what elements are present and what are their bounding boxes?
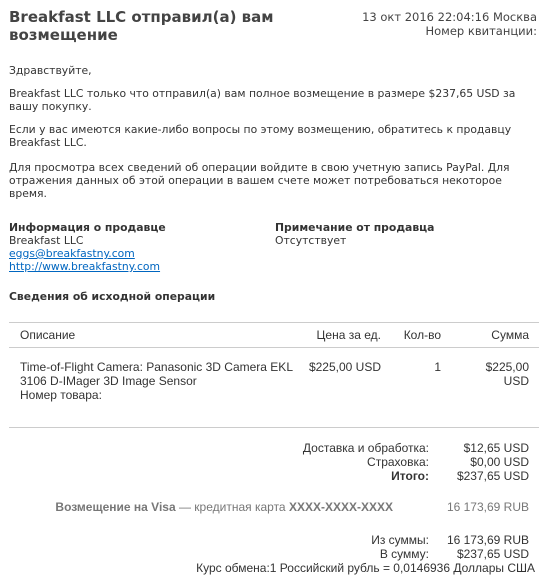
conversion-to-label: В сумму: — [380, 547, 429, 561]
shipping-row: Доставка и обработка: $12,65 USD — [303, 441, 529, 455]
conversion-to-row: В сумму: $237,65 USD — [371, 547, 529, 561]
conversion-to-value: $237,65 USD — [429, 547, 529, 561]
item-quantity: 1 — [434, 360, 441, 374]
item-unit-price: $225,00 USD — [309, 360, 381, 374]
total-value: $237,65 USD — [429, 469, 529, 483]
total-row: Итого: $237,65 USD — [303, 469, 529, 483]
conversion-from-label: Из суммы: — [371, 533, 429, 547]
seller-info: Информация о продавце Breakfast LLC eggs… — [9, 221, 166, 273]
shipping-label: Доставка и обработка: — [303, 441, 429, 455]
conversion-from-value: 16 173,69 RUB — [429, 533, 529, 547]
transaction-datetime: 13 окт 2016 22:04:16 Москва — [362, 10, 537, 24]
email-title: Breakfast LLC отправил(а) вам возмещение — [9, 8, 309, 44]
refund-label-prefix: Возмещение на Visa — [55, 500, 175, 514]
item-number-label: Номер товара: — [20, 388, 300, 402]
greeting: Здравствуйте, — [9, 64, 539, 77]
exchange-rate: Курс обмена:1 Российский рубль = 0,01469… — [196, 561, 535, 575]
table-header-divider — [9, 347, 539, 348]
column-header-unit-price: Цена за ед. — [317, 328, 381, 342]
total-label: Итого: — [391, 469, 429, 483]
refund-row: Возмещение на Visa — кредитная карта XXX… — [40, 500, 529, 514]
insurance-value: $0,00 USD — [429, 455, 529, 469]
seller-info-heading: Информация о продавце — [9, 221, 166, 234]
table-top-divider — [9, 322, 539, 323]
totals-block: Доставка и обработка: $12,65 USD Страхов… — [303, 441, 529, 483]
seller-note: Примечание от продавца Отсутствует — [275, 221, 434, 247]
conversion-block: Из суммы: 16 173,69 RUB В сумму: $237,65… — [371, 533, 529, 561]
shipping-value: $12,65 USD — [429, 441, 529, 455]
insurance-label: Страховка: — [367, 455, 429, 469]
seller-name: Breakfast LLC — [9, 234, 166, 247]
seller-website-link[interactable]: http://www.breakfastny.com — [9, 260, 166, 273]
insurance-row: Страховка: $0,00 USD — [303, 455, 529, 469]
seller-note-value: Отсутствует — [275, 234, 434, 247]
item-description-cell: Time-of-Flight Camera: Panasonic 3D Came… — [20, 360, 300, 402]
receipt-number-label: Номер квитанции: — [362, 24, 537, 38]
seller-note-heading: Примечание от продавца — [275, 221, 434, 234]
conversion-from-row: Из суммы: 16 173,69 RUB — [371, 533, 529, 547]
column-header-amount: Сумма — [491, 328, 529, 342]
item-amount: $225,00 USD — [479, 360, 529, 388]
table-bottom-divider — [9, 427, 539, 428]
item-description: Time-of-Flight Camera: Panasonic 3D Came… — [20, 360, 300, 388]
column-header-description: Описание — [20, 328, 75, 342]
refund-label-middle: — кредитная карта — [176, 500, 289, 514]
refund-value: 16 173,69 RUB — [393, 500, 529, 514]
header-meta: 13 окт 2016 22:04:16 Москва Номер квитан… — [362, 10, 537, 38]
seller-email-link[interactable]: eggs@breakfastny.com — [9, 247, 166, 260]
column-header-quantity: Кол-во — [404, 328, 441, 342]
original-transaction-heading: Сведения об исходной операции — [9, 290, 215, 303]
questions-paragraph: Если у вас имеются какие-либо вопросы по… — [9, 123, 539, 149]
refund-paragraph: Breakfast LLC только что отправил(а) вам… — [9, 87, 539, 113]
account-paragraph: Для просмотра всех сведений об операции … — [9, 161, 539, 200]
refund-card-mask: XXXX-XXXX-XXXX — [289, 500, 393, 514]
refund-label: Возмещение на Visa — кредитная карта XXX… — [55, 500, 393, 514]
